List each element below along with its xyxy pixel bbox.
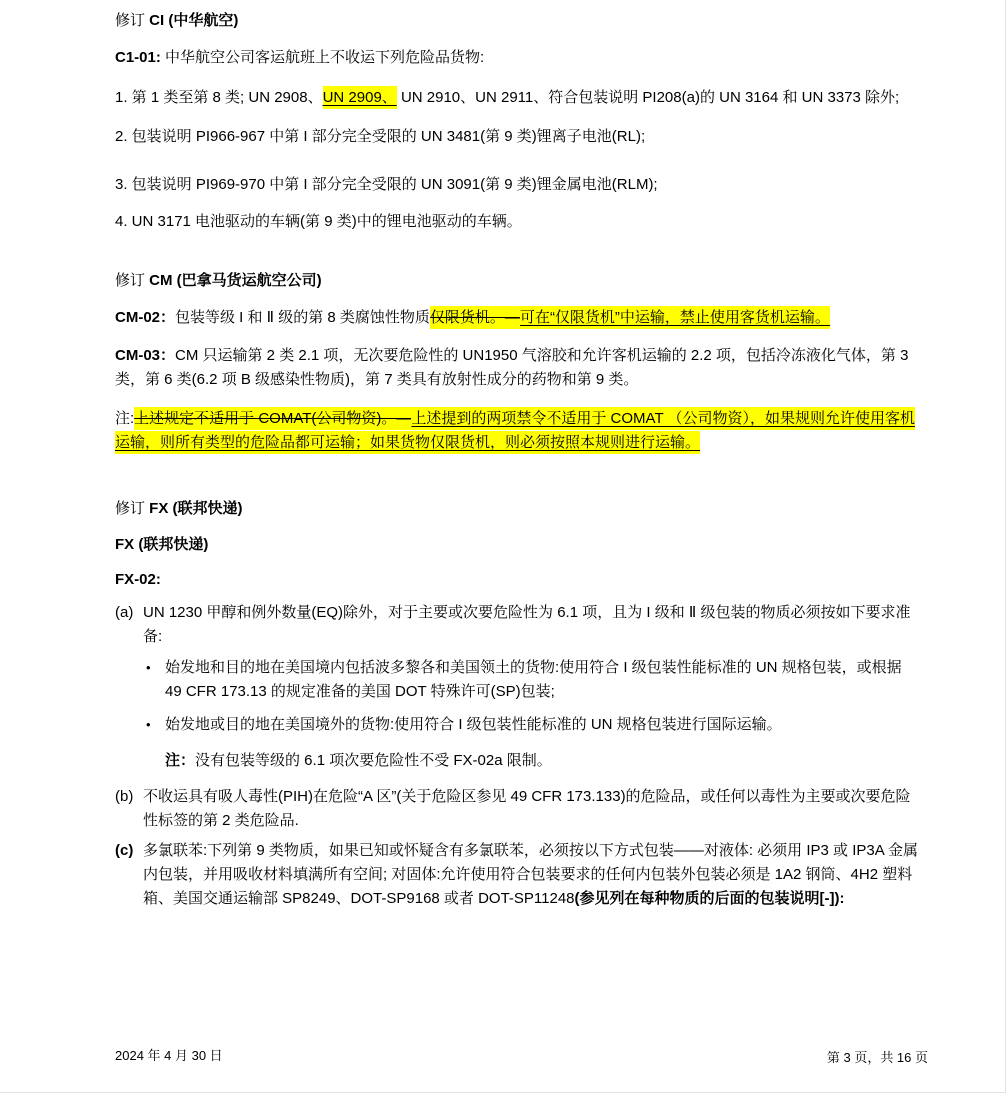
bullet-icon: • <box>146 713 151 737</box>
footer-page-number: 第 3 页，共 16 页 <box>827 1048 928 1068</box>
heading-prefix: 修订 <box>115 500 149 517</box>
ci-item-4: 4. UN 3171 电池驱动的车辆(第 9 类)中的锂电池驱动的车辆。 <box>115 210 921 234</box>
rule-text-cm-03: CM 只运输第 2 类 2.1 项，无次要危险性的 UN1950 气溶胶和允许客… <box>115 347 908 388</box>
fx-02-item-c: (c) 多氯联苯:下列第 9 类物质，如果已知或怀疑含有多氯联苯，必须按以下方式… <box>115 839 921 911</box>
fx-subheading: FX (联邦快递) <box>115 533 921 557</box>
item-text-b: 不收运具有吸人毒性(PIH)在危险“A 区”(关于危险区参见 49 CFR 17… <box>143 788 911 829</box>
heading-carrier-ci: CI (中华航空) <box>149 12 238 29</box>
deleted-text-cm-note: 上述规定不适用于 COMAT(公司物资)。— <box>134 407 411 430</box>
fx-note-label: 注： <box>165 752 195 769</box>
heading-carrier-cm: CM (巴拿马货运航空公司) <box>149 272 322 289</box>
document-content: 修订 CI (中华航空) C1-01: 中华航空公司客运航班上不收运下列危险品货… <box>115 9 921 935</box>
ci-item-2: 2. 包装说明 PI966-967 中第 I 部分完全受限的 UN 3481(第… <box>115 125 921 149</box>
section-heading-cm: 修订 CM (巴拿马货运航空公司) <box>115 269 921 293</box>
ci-item-1: 1. 第 1 类至第 8 类; UN 2908、UN 2909、 UN 2910… <box>115 86 921 110</box>
ci-item-1-post: UN 2910、UN 2911、符合包装说明 PI208(a)的 UN 3164… <box>397 89 899 106</box>
rule-label-cm-03: CM-03： <box>115 347 175 364</box>
bullet-text-1: 始发地和目的地在美国境内包括波多黎各和美国领土的货物:使用符合 I 级包装性能标… <box>165 659 902 700</box>
document-page: 修订 CI (中华航空) C1-01: 中华航空公司客运航班上不收运下列危险品货… <box>0 0 1006 1093</box>
item-label-b: (b) <box>115 785 133 809</box>
bullet-text-2: 始发地或目的地在美国境外的货物:使用符合 I 级包装性能标准的 UN 规格包装进… <box>165 716 782 733</box>
rule-text-cm-02: 包装等级 I 和 Ⅱ 级的第 8 类腐蚀性物质 <box>175 309 430 326</box>
item-label-a: (a) <box>115 601 133 625</box>
fx-02-item-b: (b) 不收运具有吸人毒性(PIH)在危险“A 区”(关于危险区参见 49 CF… <box>115 785 921 833</box>
inserted-text-cm-02: 可在“仅限货机”中运输，禁止使用客货机运输。 <box>520 306 830 329</box>
fx-note-text: 没有包装等级的 6.1 项次要危险性不受 FX-02a 限制。 <box>195 752 552 769</box>
highlighted-un-2909: UN 2909、 <box>323 86 397 109</box>
fx-02-a-note: 注：没有包装等级的 6.1 项次要危险性不受 FX-02a 限制。 <box>165 749 921 773</box>
heading-carrier-fx: FX (联邦快递) <box>149 500 242 517</box>
item-text-a: UN 1230 甲醇和例外数量(EQ)除外，对于主要或次要危险性为 6.1 项，… <box>143 604 910 645</box>
section-heading-ci: 修订 CI (中华航空) <box>115 9 921 33</box>
heading-prefix: 修订 <box>115 272 149 289</box>
cm-note-label: 注: <box>115 410 134 427</box>
rule-label-cm-02: CM-02： <box>115 309 175 326</box>
section-heading-fx: 修订 FX (联邦快递) <box>115 497 921 521</box>
ci-item-1-pre: 1. 第 1 类至第 8 类; UN 2908、 <box>115 89 323 106</box>
bullet-icon: • <box>146 656 151 680</box>
rule-c1-01: C1-01: 中华航空公司客运航班上不收运下列危险品货物: <box>115 46 921 70</box>
rule-cm-03: CM-03：CM 只运输第 2 类 2.1 项，无次要危险性的 UN1950 气… <box>115 344 921 392</box>
rule-text-c1-01: 中华航空公司客运航班上不收运下列危险品货物: <box>161 49 484 66</box>
ci-item-3: 3. 包装说明 PI969-970 中第 I 部分完全受限的 UN 3091(第… <box>115 173 921 197</box>
rule-label-c1-01: C1-01: <box>115 49 161 66</box>
deleted-text-cm-02: 仅限货机。— <box>430 306 520 329</box>
fx-02-a-bullet-1: • 始发地和目的地在美国境内包括波多黎各和美国领土的货物:使用符合 I 级包装性… <box>115 656 921 704</box>
footer-date: 2024 年 4 月 30 日 <box>115 1046 223 1066</box>
cm-note: 注:上述规定不适用于 COMAT(公司物资)。—上述提到的两项禁令不适用于 CO… <box>115 407 921 455</box>
fx-02-a-bullet-2: • 始发地或目的地在美国境外的货物:使用符合 I 级包装性能标准的 UN 规格包… <box>115 713 921 737</box>
rule-cm-02: CM-02：包装等级 I 和 Ⅱ 级的第 8 类腐蚀性物质仅限货机。—可在“仅限… <box>115 306 921 330</box>
heading-prefix: 修订 <box>115 12 149 29</box>
fx-02-item-a: (a) UN 1230 甲醇和例外数量(EQ)除外，对于主要或次要危险性为 6.… <box>115 601 921 649</box>
rule-label-fx-02: FX-02: <box>115 568 921 592</box>
item-text-c-bold-tail: (参见列在每种物质的后面的包装说明[-]): <box>575 890 845 907</box>
item-label-c: (c) <box>115 839 133 863</box>
